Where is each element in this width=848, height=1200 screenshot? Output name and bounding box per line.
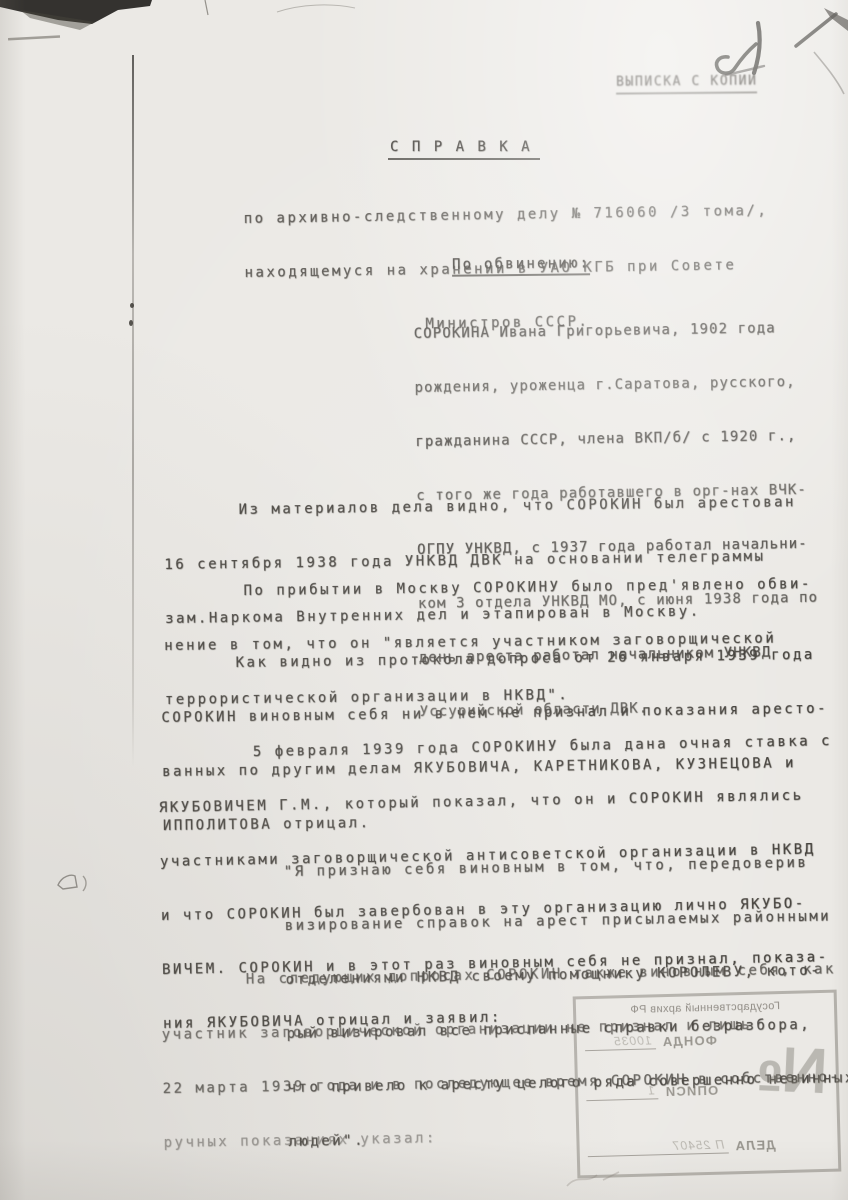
text-line: по архивно-следственному делу № 716060 /… [244, 202, 769, 228]
document-title: С П Р А В К А [388, 139, 540, 160]
scratch-marks [195, 0, 375, 24]
stamp-blank-line: 1 [586, 1081, 659, 1101]
text-line: 5 февраля 1939 года СОРОКИНУ была дана о… [158, 732, 832, 763]
document-page: ВЫПИСКА С КОПИИ С П Р А В К А по архивно… [0, 0, 848, 1200]
stamp-label: ОПИСИ [664, 1083, 718, 1099]
copy-extract-stamp: ВЫПИСКА С КОПИИ [616, 73, 758, 94]
numero-sign: № [755, 1036, 829, 1103]
margin-squiggle-mark [50, 866, 98, 898]
stamp-label: ДЕЛА [734, 1137, 776, 1153]
handwritten-fond-number: 10035 [613, 1033, 652, 1048]
stamp-row-fond: ФОНДА 10035 [585, 1030, 717, 1051]
stamp-row-opis: ОПИСИ 1 [586, 1080, 718, 1101]
text-line: На следующих допросах СОРОКИН также вино… [161, 960, 839, 990]
scan-fold-artifact [0, 0, 180, 60]
text-line: "Я признаю себя виновным в том, что, пер… [284, 853, 848, 881]
stamp-blank-line: 10035 [585, 1031, 656, 1051]
text-line: гражданина СССР, члена ВКП/б/ с 1920 г., [415, 427, 815, 451]
text-line: По прибытии в Москву СОРОКИНУ было пред'… [163, 575, 811, 601]
text-line: ЯКУБОВИЧЕМ Г.М., который показал, что он… [159, 786, 833, 817]
text-line: рождения, уроженца г.Саратова, русского, [414, 373, 814, 397]
stamp-row-delo: ДЕЛА П 25407 [587, 1134, 775, 1157]
text-line: СОРОКИНА Ивана Григорьевича, 1902 года [414, 319, 814, 343]
corner-fold-marks [778, 0, 848, 110]
section-heading: По обвинению: [452, 255, 590, 276]
text-line: Как видно из протокола допроса от 26 янв… [161, 646, 828, 673]
archive-stamp-header: Государственный архив РФ [576, 999, 834, 1018]
stamp-blank-line: П 25407 [587, 1135, 728, 1157]
handwritten-delo-number: П 25407 [672, 1138, 725, 1153]
handwritten-opis-number: 1 [647, 1083, 655, 1097]
stamp-label: ФОНДА [661, 1033, 717, 1049]
archive-stamp: Государственный архив РФ № ФОНДА 10035 О… [573, 990, 842, 1179]
page-crease-line [132, 55, 134, 767]
text-line: Из материалов дела видно, что СОРОКИН бы… [164, 493, 797, 520]
